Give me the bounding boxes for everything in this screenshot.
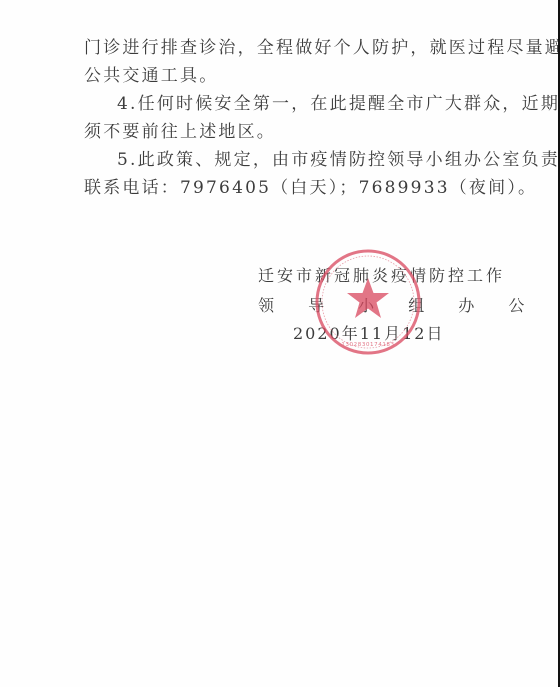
document-page: 门诊进行排查诊治，全程做好个人防护，就医过程尽量避免乘坐 公共交通工具。 4.任… [0,0,558,687]
paragraph-5-line-1: 5.此政策、规定，由市疫情防控领导小组办公室负责解释。 [117,150,560,170]
signature-org-line-2: 领 导 小 组 办 公 室 [258,296,560,316]
paragraph-5-line-2: 联系电话：7976405（白天）；7689933（夜间）。 [84,178,537,198]
paragraph-4-line-2: 须不要前往上述地区。 [84,122,276,142]
signature-date: 2020年11月12日 [293,324,444,344]
signature-org-line-1: 迁安市新冠肺炎疫情防控工作 [258,266,505,286]
paragraph-3-line-2: 公共交通工具。 [84,66,218,86]
paragraph-3-line-1: 门诊进行排查诊治，全程做好个人防护，就医过程尽量避免乘坐 [84,38,560,58]
paragraph-4-line-1: 4.任何时候安全第一，在此提醒全市广大群众，近期如非必 [117,94,560,114]
